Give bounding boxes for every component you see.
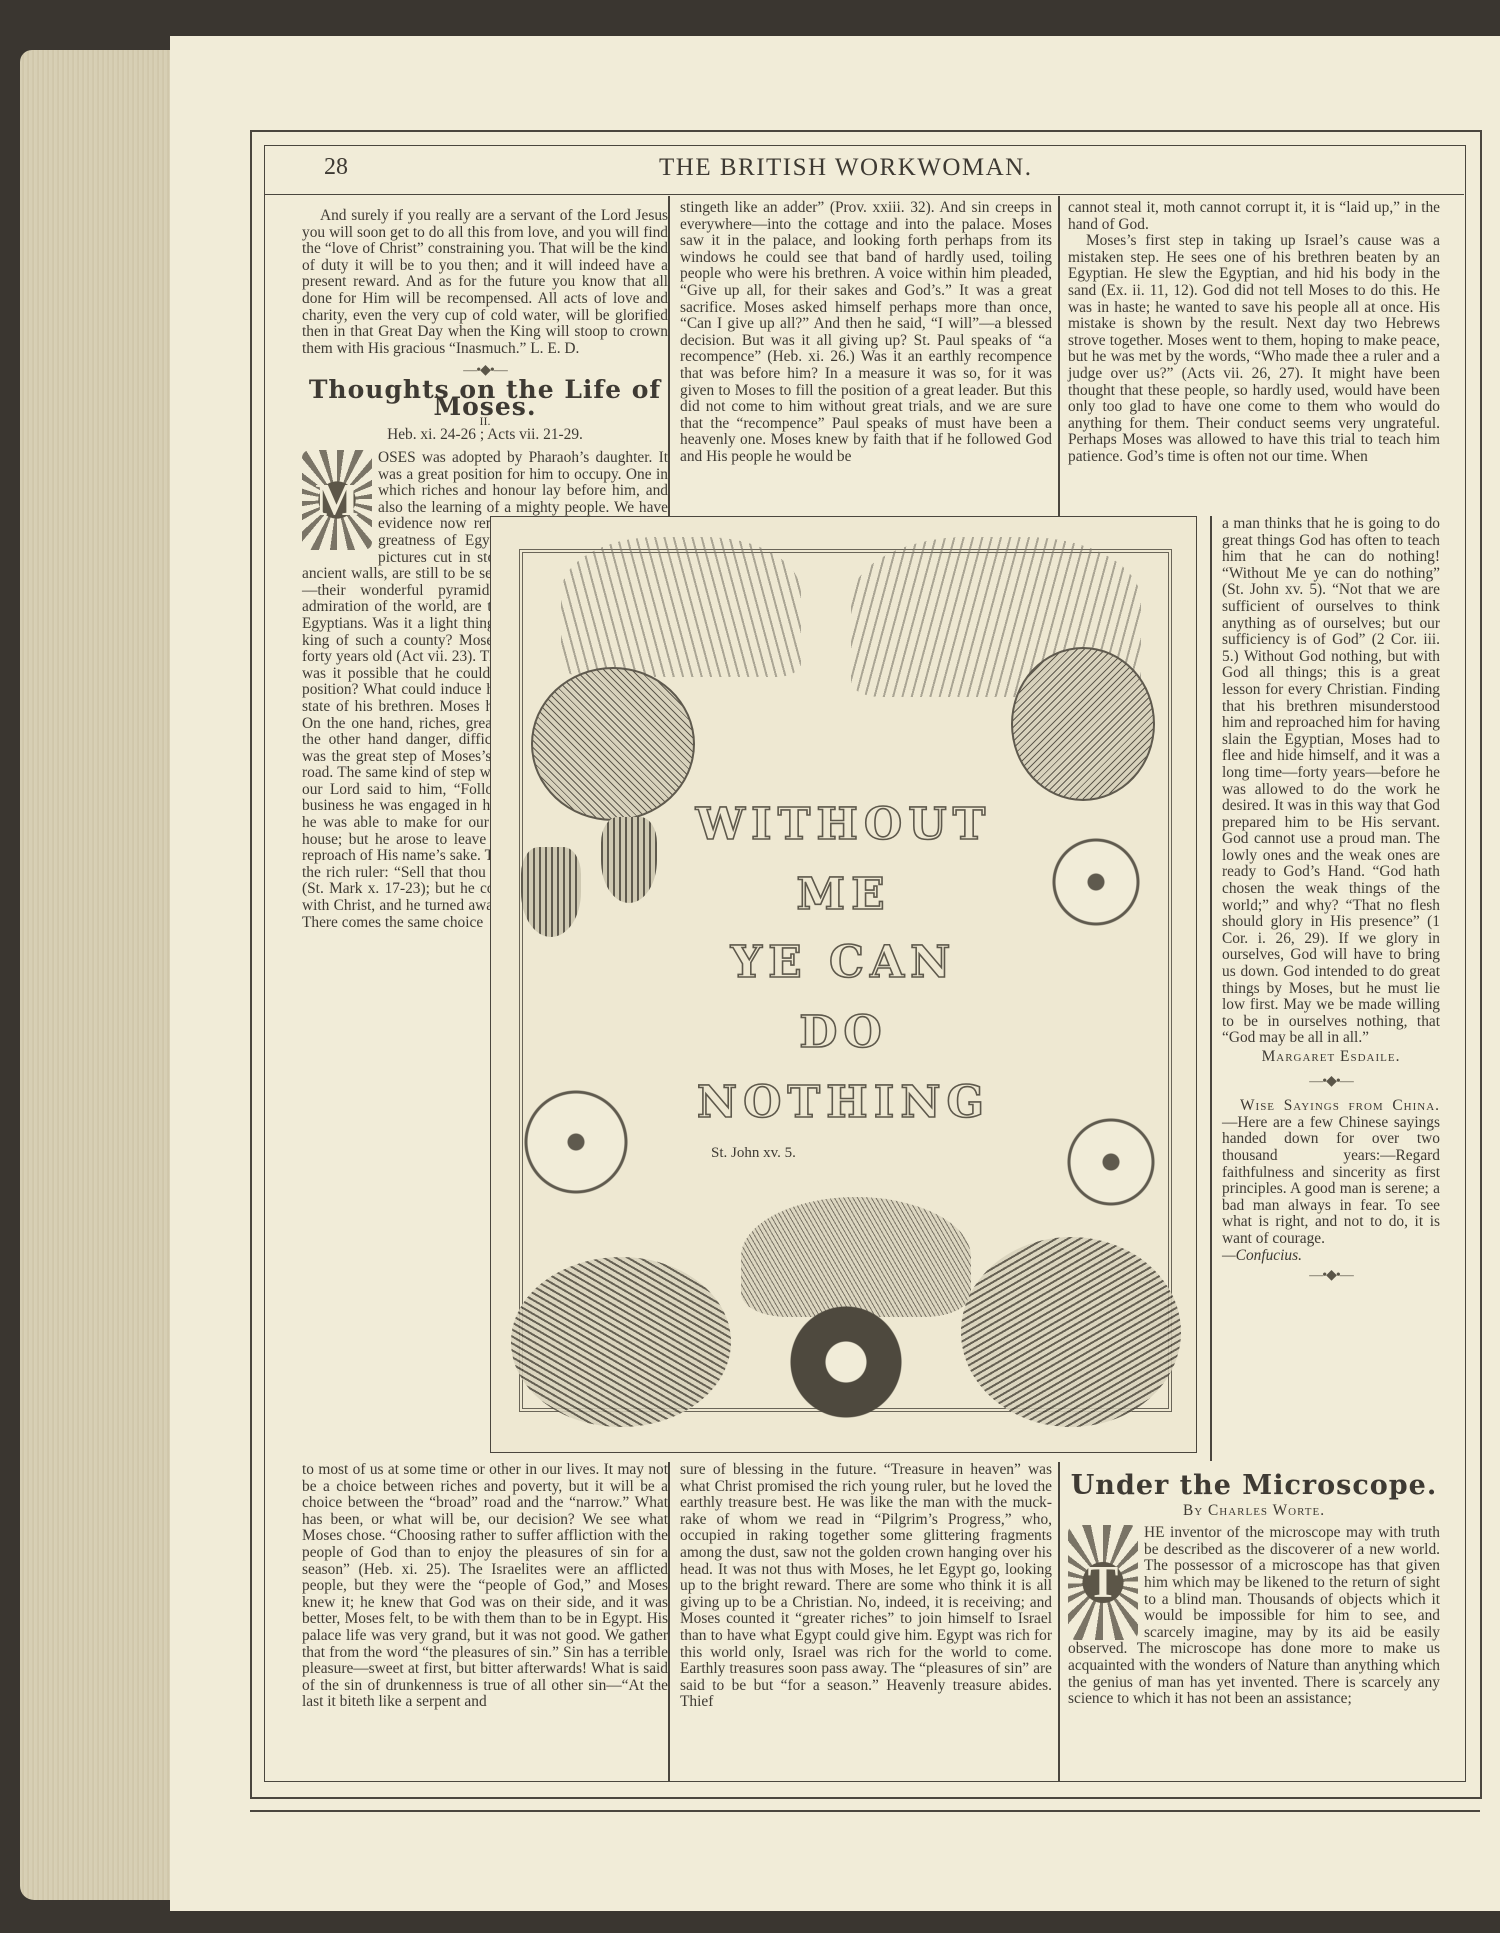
leaf-cluster-icon	[511, 1257, 731, 1427]
masthead: THE BRITISH WORKWOMAN.	[659, 154, 1033, 182]
author-signature: Margaret Esdaile.	[1222, 1049, 1440, 1066]
microscope-title: Under the Microscope.	[1068, 1478, 1440, 1495]
wise-sayings-attribution: —Confucius.	[1222, 1248, 1440, 1265]
moses-col3-narrow: a man thinks that he is going to do grea…	[1222, 516, 1440, 1047]
column-1-top: And surely if you really are a servant o…	[302, 208, 668, 446]
ornament-divider: —•◆•—	[1222, 1074, 1440, 1091]
motto-line-1: WITHOUT	[491, 799, 1196, 850]
column-rule	[1058, 196, 1060, 516]
page-bottom-rule	[250, 1810, 1480, 1812]
column-rule	[668, 1462, 670, 1782]
motto-line-4: DO	[491, 1007, 1196, 1058]
book-page-edges	[20, 50, 180, 1900]
page-header: 28 THE BRITISH WORKWOMAN.	[264, 150, 1464, 195]
poppy-flower-icon	[1011, 647, 1155, 801]
floral-illustration: WITHOUT ME YE CAN DO NOTHING St. John xv…	[490, 516, 1197, 1453]
page-number: 28	[324, 154, 348, 181]
wise-sayings-title: Wise Sayings from China.	[1240, 1097, 1440, 1114]
wise-sayings: Wise Sayings from China.—Here are a few …	[1222, 1098, 1440, 1247]
column-2-bottom: sure of blessing in the future. “Treasur…	[680, 1462, 1052, 1711]
microscope-byline: By Charles Worte.	[1068, 1503, 1440, 1520]
column-rule	[668, 196, 670, 516]
moses-col2-bottom: sure of blessing in the future. “Treasur…	[680, 1462, 1052, 1711]
column-rule	[1210, 516, 1212, 1461]
column-3-bottom: Under the Microscope. By Charles Worte. …	[1068, 1478, 1440, 1708]
poppy-flower-icon	[531, 667, 695, 821]
article-title: Thoughts on the Life of Moses.	[302, 382, 668, 415]
motto-line-2: ME	[491, 869, 1196, 920]
motto-line-5: NOTHING	[491, 1077, 1196, 1128]
confucius-attribution: —Confucius.	[1222, 1247, 1302, 1264]
wise-sayings-body: —Here are a few Chinese sayings handed d…	[1222, 1114, 1440, 1247]
moses-col2-top: stingeth like an adder” (Prov. xxiii. 32…	[680, 200, 1052, 466]
illustration-reference: St. John xv. 5.	[711, 1145, 796, 1162]
dropcap-m-icon: M	[302, 450, 372, 550]
ornament-divider: —•◆•—	[1222, 1268, 1440, 1285]
scripture-reference: Heb. xi. 24-26 ; Acts vii. 21-29.	[302, 427, 668, 444]
column-2-top: stingeth like an adder” (Prov. xxiii. 32…	[680, 200, 1052, 466]
moses-body-bottom: to most of us at some time or other in o…	[302, 1462, 668, 1711]
wheat-sheaf-icon	[561, 537, 801, 677]
motto-line-3: YE CAN	[491, 937, 1196, 988]
column-rule	[1058, 1462, 1060, 1782]
column-1-bottom: to most of us at some time or other in o…	[302, 1462, 668, 1711]
leaf-cluster-icon	[961, 1237, 1181, 1427]
column-3-narrow: a man thinks that he is going to do grea…	[1222, 516, 1440, 1289]
moses-col3-p1: cannot steal it, moth cannot corrupt it,…	[1068, 200, 1440, 233]
pansy-flower-icon	[771, 1297, 921, 1427]
intro-paragraph: And surely if you really are a servant o…	[302, 208, 668, 357]
column-3-top: cannot steal it, moth cannot corrupt it,…	[1068, 200, 1440, 466]
moses-col3-p2: Moses’s first step in taking up Israel’s…	[1068, 233, 1440, 465]
dropcap-t-icon: T	[1068, 1525, 1138, 1640]
